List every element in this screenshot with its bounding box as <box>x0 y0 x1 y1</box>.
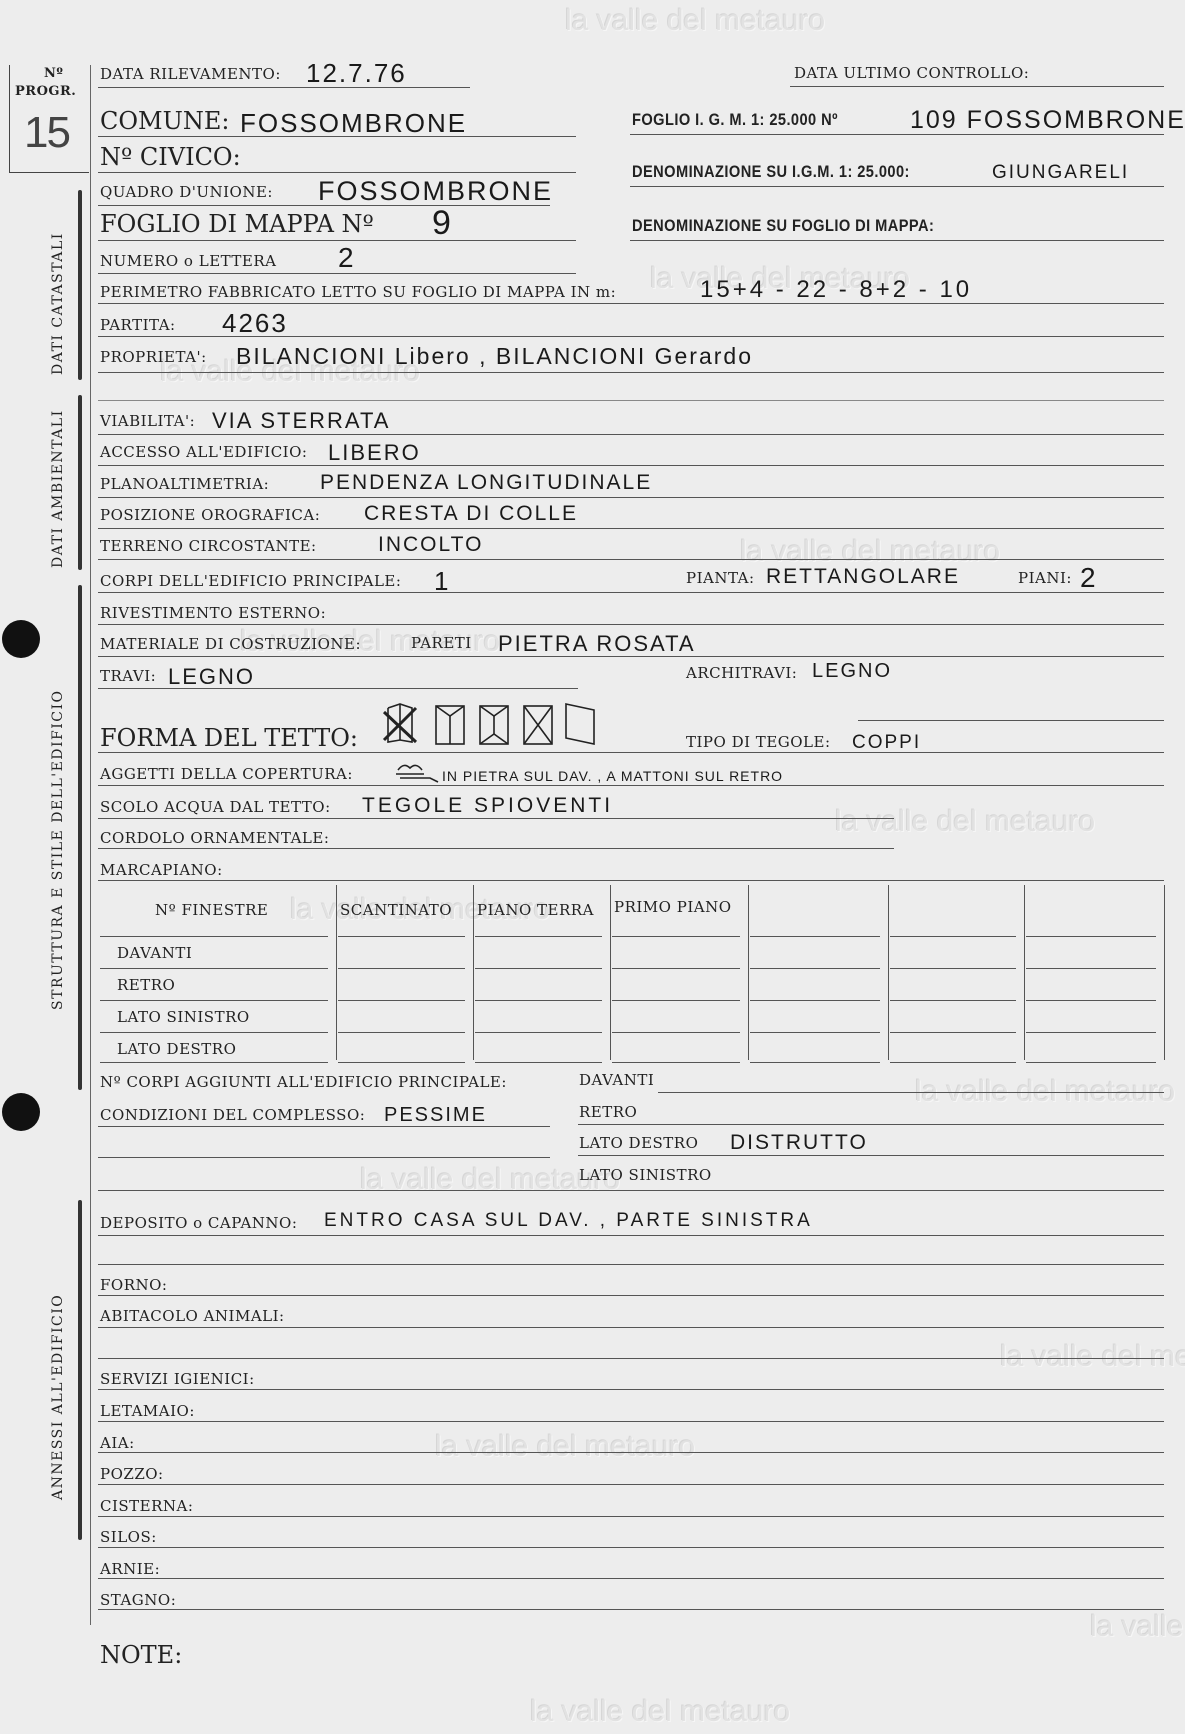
arnie-label: ARNIE: <box>100 1560 160 1578</box>
watermark: la valle del metauro <box>1000 1340 1185 1374</box>
table-row-line <box>1026 1062 1156 1063</box>
roof-hip-both-icon[interactable] <box>480 706 508 744</box>
aggetti-field[interactable]: IN PIETRA SUL DAV. , A MATTONI SUL RETRO <box>442 768 783 784</box>
table-row-line <box>750 1000 880 1001</box>
table-header-cell: SCANTINATO <box>340 901 452 919</box>
table-row-line <box>338 936 465 937</box>
viabilita-field[interactable]: VIA STERRATA <box>212 408 390 434</box>
table-row-line <box>100 936 328 937</box>
table-row-line <box>612 1000 740 1001</box>
materiale-label: MATERIALE DI COSTRUZIONE: <box>100 635 361 653</box>
roof-gable-icon[interactable] <box>384 704 416 742</box>
progr-label: Nº <box>44 66 63 81</box>
table-row-label: RETRO <box>117 976 175 994</box>
table-row-line <box>1026 936 1156 937</box>
table-row-line <box>475 968 602 969</box>
pianta-label: PIANTA: <box>686 569 755 587</box>
stagno-label: STAGNO: <box>100 1591 176 1609</box>
foglio-mappa-field[interactable]: 9 <box>432 204 453 243</box>
davanti-label: DAVANTI <box>579 1071 654 1089</box>
forma-tetto-label: FORMA DEL TETTO: <box>100 724 358 752</box>
table-row-line <box>338 1032 465 1033</box>
servizi-label: SERVIZI IGIENICI: <box>100 1370 255 1388</box>
watermark: la valle del metauro <box>435 1430 695 1464</box>
scolo-field[interactable]: TEGOLE SPIOVENTI <box>362 794 613 818</box>
perimetro-label: PERIMETRO FABBRICATO LETTO SU FOGLIO DI … <box>100 283 616 301</box>
corpi-label: CORPI DELL'EDIFICIO PRINCIPALE: <box>100 572 401 590</box>
table-column-divider <box>336 885 337 1060</box>
watermark: la valle del metauro <box>1090 1610 1185 1644</box>
foglio-igm-label: FOGLIO I. G. M. 1: 25.000 Nº <box>632 110 838 130</box>
note-label: NOTE: <box>100 1641 182 1669</box>
aggetti-label: AGGETTI DELLA COPERTURA: <box>100 765 353 783</box>
marcapiano-label: MARCAPIANO: <box>100 861 223 879</box>
table-row-line <box>750 1062 880 1063</box>
terreno-field[interactable]: INCOLTO <box>378 533 483 557</box>
silos-label: SILOS: <box>100 1528 157 1546</box>
lato-sinistro-label: LATO SINISTRO <box>579 1166 712 1184</box>
table-row-line <box>475 1062 602 1063</box>
table-cell[interactable] <box>1030 1004 1158 1030</box>
table-row-line <box>1026 1000 1156 1001</box>
foglio-igm-field[interactable]: 109 FOSSOMBRONE <box>910 106 1185 135</box>
table-cell[interactable] <box>1030 940 1158 966</box>
lato-destro-field[interactable]: DISTRUTTO <box>730 1131 868 1155</box>
table-column-divider <box>1024 885 1025 1060</box>
piani-field[interactable]: 2 <box>1080 562 1098 594</box>
progr-label: PROGR. <box>15 84 76 99</box>
table-column-divider <box>473 885 474 1060</box>
table-header-cell: PRIMO PIANO <box>614 898 732 916</box>
table-row-line <box>100 968 328 969</box>
watermark: la valle del metauro <box>530 1695 790 1729</box>
data-ultimo-controllo-label: DATA ULTIMO CONTROLLO: <box>794 64 1029 82</box>
table-cell[interactable] <box>616 1036 742 1062</box>
abitacolo-label: ABITACOLO ANIMALI: <box>100 1307 285 1325</box>
table-cell[interactable] <box>1030 972 1158 998</box>
table-cell[interactable] <box>754 972 882 998</box>
quadro-unione-label: QUADRO D'UNIONE: <box>100 183 273 201</box>
table-row-label: LATO DESTRO <box>117 1040 236 1058</box>
pianta-field[interactable]: RETTANGOLARE <box>766 565 960 589</box>
roof-pavilion-icon[interactable] <box>524 706 552 744</box>
table-cell[interactable] <box>616 1004 742 1030</box>
table-cell[interactable] <box>754 1004 882 1030</box>
civico-label: Nº CIVICO: <box>100 143 241 171</box>
table-column-divider <box>610 885 611 1060</box>
roof-single-slope-icon[interactable] <box>566 704 594 744</box>
table-header-cell: Nº FINESTRE <box>155 901 268 919</box>
table-cell[interactable] <box>479 1036 604 1062</box>
table-row-line <box>612 968 740 969</box>
den-igm-field[interactable]: GIUNGARELI <box>992 162 1129 184</box>
proprieta-label: PROPRIETA': <box>100 348 207 366</box>
table-cell[interactable] <box>342 1036 467 1062</box>
tegole-label: TIPO DI TEGOLE: <box>686 733 831 751</box>
posizione-orografica-label: POSIZIONE OROGRAFICA: <box>100 506 320 524</box>
proprieta-field[interactable]: BILANCIONI Libero , BILANCIONI Gerardo <box>236 343 753 370</box>
accesso-field[interactable]: LIBERO <box>328 440 421 466</box>
table-cell[interactable] <box>894 1036 1018 1062</box>
den-foglio-label: DENOMINAZIONE SU FOGLIO DI MAPPA: <box>632 216 934 236</box>
table-row-line <box>890 1062 1016 1063</box>
roof-options <box>382 700 602 748</box>
table-header-cell: PIANO TERRA <box>477 901 594 919</box>
table-cell[interactable] <box>479 1004 604 1030</box>
watermark: la valle del metauro <box>740 535 1000 569</box>
planoaltimetria-field[interactable]: PENDENZA LONGITUDINALE <box>320 471 652 495</box>
pareti-field[interactable]: PIETRA ROSATA <box>498 631 696 657</box>
table-row-line <box>100 1062 328 1063</box>
travi-label: TRAVI: <box>100 667 156 685</box>
viabilita-label: VIABILITA': <box>100 412 195 430</box>
table-row-line <box>475 936 602 937</box>
table-cell[interactable] <box>479 940 604 966</box>
table-cell[interactable] <box>342 940 467 966</box>
table-row-line <box>1026 1032 1156 1033</box>
table-row-line <box>890 1000 1016 1001</box>
cornice-sketch-icon <box>394 760 440 784</box>
den-igm-label: DENOMINAZIONE SU I.G.M. 1: 25.000: <box>632 162 910 182</box>
numero-lettera-field[interactable]: 2 <box>338 242 356 274</box>
table-row-line <box>890 1032 1016 1033</box>
table-row-line <box>612 936 740 937</box>
corpi-aggiunti-label: Nº CORPI AGGIUNTI ALL'EDIFICIO PRINCIPAL… <box>100 1073 507 1091</box>
table-row-line <box>1026 968 1156 969</box>
travi-field[interactable]: LEGNO <box>168 664 255 690</box>
progr-value[interactable]: 15 <box>24 108 69 158</box>
table-column-divider <box>748 885 749 1060</box>
retro-label: RETRO <box>579 1103 637 1121</box>
table-row-line <box>890 968 1016 969</box>
table-cell[interactable] <box>894 972 1018 998</box>
piani-label: PIANI: <box>1018 569 1072 587</box>
comune-label: COMUNE: <box>100 107 229 135</box>
numero-lettera-label: NUMERO o LETTERA <box>100 252 277 270</box>
section-dati-catastali: DATI CATASTALI <box>50 232 66 375</box>
table-row-line <box>890 936 1016 937</box>
quadro-unione-field[interactable]: FOSSOMBRONE <box>318 176 553 207</box>
table-cell[interactable] <box>894 1004 1018 1030</box>
perimetro-field[interactable]: 15+4 - 22 - 8+2 - 10 <box>700 276 972 304</box>
pareti-label: PARETI <box>411 634 472 652</box>
table-column-divider <box>888 885 889 1060</box>
pozzo-label: POZZO: <box>100 1465 164 1483</box>
posizione-orografica-field[interactable]: CRESTA DI COLLE <box>364 502 578 526</box>
table-cell[interactable] <box>754 940 882 966</box>
foglio-mappa-label: FOGLIO DI MAPPA Nº <box>100 210 374 238</box>
table-row-line <box>612 1032 740 1033</box>
table-row-line <box>750 1032 880 1033</box>
section-annessi: ANNESSI ALL'EDIFICIO <box>50 1294 66 1500</box>
cordolo-label: CORDOLO ORNAMENTALE: <box>100 829 329 847</box>
table-row-label: DAVANTI <box>117 944 192 962</box>
terreno-label: TERRENO CIRCOSTANTE: <box>100 537 317 555</box>
aia-label: AIA: <box>100 1434 135 1452</box>
partita-label: PARTITA: <box>100 316 176 334</box>
rivestimento-label: RIVESTIMENTO ESTERNO: <box>100 604 326 622</box>
table-cell[interactable] <box>616 940 742 966</box>
tegole-field[interactable]: COPPI <box>852 732 921 754</box>
table-cell[interactable] <box>342 972 467 998</box>
table-cell[interactable] <box>479 972 604 998</box>
architravi-label: ARCHITRAVI: <box>686 664 797 682</box>
roof-hip-front-icon[interactable] <box>436 706 464 744</box>
comune-field[interactable]: FOSSOMBRONE <box>240 108 467 139</box>
architravi-field[interactable]: LEGNO <box>812 660 892 683</box>
condizioni-field[interactable]: PESSIME <box>384 1104 487 1127</box>
planoaltimetria-label: PLANOALTIMETRIA: <box>100 475 269 493</box>
table-cell[interactable] <box>754 1036 882 1062</box>
cisterna-label: CISTERNA: <box>100 1497 193 1515</box>
table-row-line <box>475 1032 602 1033</box>
data-rilevamento-label: DATA RILEVAMENTO: <box>100 65 281 83</box>
table-row-line <box>338 1000 465 1001</box>
table-cell[interactable] <box>1030 1036 1158 1062</box>
deposito-field[interactable]: ENTRO CASA SUL DAV. , PARTE SINISTRA <box>324 1210 813 1232</box>
lato-destro-label: LATO DESTRO <box>579 1134 698 1152</box>
partita-field[interactable]: 4263 <box>222 308 288 339</box>
table-cell[interactable] <box>616 972 742 998</box>
watermark: la valle del metauro <box>835 805 1095 839</box>
scolo-label: SCOLO ACQUA DAL TETTO: <box>100 798 331 816</box>
punch-hole <box>2 620 40 658</box>
condizioni-label: CONDIZIONI DEL COMPLESSO: <box>100 1106 365 1124</box>
table-row-label: LATO SINISTRO <box>117 1008 250 1026</box>
table-row-line <box>475 1000 602 1001</box>
letamaio-label: LETAMAIO: <box>100 1402 195 1420</box>
table-row-line <box>338 968 465 969</box>
table-row-line <box>100 1032 328 1033</box>
table-cell[interactable] <box>894 940 1018 966</box>
table-row-line <box>100 1000 328 1001</box>
table-row-line <box>338 1062 465 1063</box>
deposito-label: DEPOSITO o CAPANNO: <box>100 1214 297 1232</box>
table-column-divider <box>1164 885 1165 1060</box>
accesso-label: ACCESSO ALL'EDIFICIO: <box>100 443 307 461</box>
section-struttura-stile: STRUTTURA E STILE DELL'EDIFICIO <box>50 689 66 1010</box>
table-row-line <box>750 936 880 937</box>
section-dati-ambientali: DATI AMBIENTALI <box>50 409 66 568</box>
table-cell[interactable] <box>342 1004 467 1030</box>
table-row-line <box>612 1062 740 1063</box>
forno-label: FORNO: <box>100 1276 167 1294</box>
punch-hole <box>2 1093 40 1131</box>
watermark: la valle del metauro <box>565 4 825 38</box>
data-rilevamento-field[interactable]: 12.7.76 <box>306 58 407 89</box>
table-row-line <box>750 968 880 969</box>
